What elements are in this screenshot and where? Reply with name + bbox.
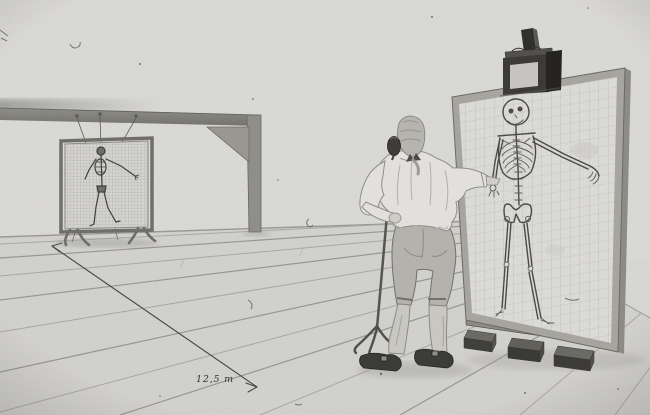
illustration-photo: 12,5 m <box>0 0 650 415</box>
vignette <box>0 0 650 415</box>
studio-scene: 12,5 m <box>0 0 650 415</box>
